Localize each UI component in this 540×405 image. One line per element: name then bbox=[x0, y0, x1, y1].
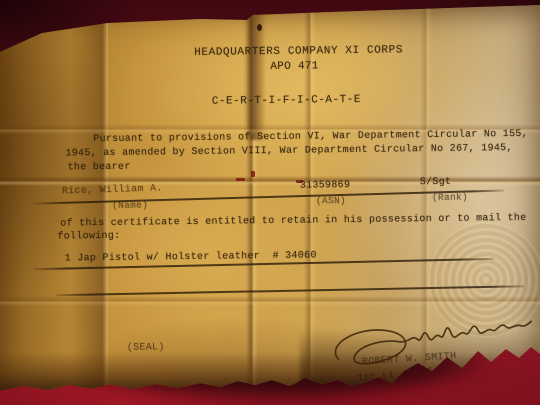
certificate-title: C-E-R-T-I-F-I-C-A-T-E bbox=[212, 94, 361, 108]
entitlement-line-1: of this certificate is entitled to retai… bbox=[60, 213, 526, 230]
name-field-label: (Name) bbox=[112, 199, 148, 210]
header-apo-line: APO 471 bbox=[270, 60, 318, 73]
certificate-paper: HEADQUARTERS COMPANY XI CORPS APO 471 C-… bbox=[0, 0, 540, 405]
rank-field-label: (Rank) bbox=[432, 192, 468, 203]
entitlement-line-2: following: bbox=[57, 231, 120, 243]
rank-field-value: S/Sgt bbox=[420, 177, 452, 188]
header-unit-line: HEADQUARTERS COMPANY XI CORPS bbox=[194, 44, 403, 59]
body-line-3: the bearer bbox=[68, 162, 131, 174]
body-line-2: 1945, as amended by Section VIII, War De… bbox=[65, 143, 512, 159]
name-field-value: Rice, William A. bbox=[62, 183, 163, 197]
blank-item-underline bbox=[56, 285, 524, 296]
asn-field-value: 31359869 bbox=[300, 180, 351, 192]
photo-of-certificate: HEADQUARTERS COMPANY XI CORPS APO 471 C-… bbox=[0, 0, 540, 405]
asn-field-label: (ASN) bbox=[316, 195, 346, 206]
